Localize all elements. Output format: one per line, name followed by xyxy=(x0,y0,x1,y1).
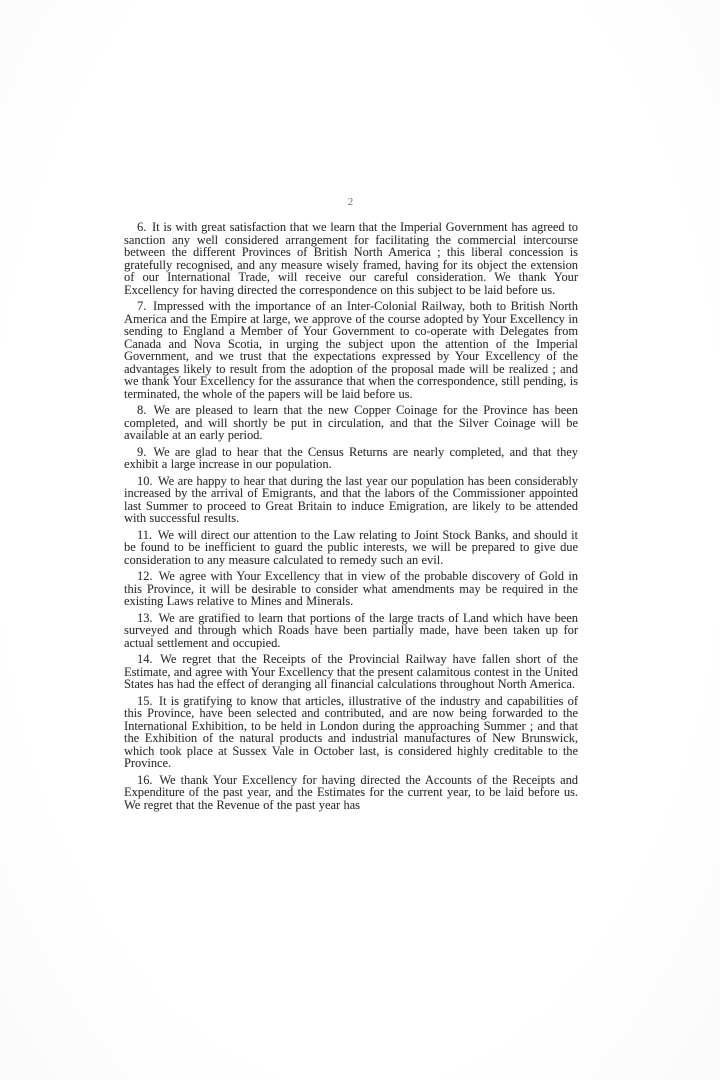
paragraph-number: 9. xyxy=(137,445,148,459)
paragraph-number: 8. xyxy=(137,403,148,417)
paragraph-number: 6. xyxy=(137,220,148,234)
paragraph-15: 15. It is gratifying to know that articl… xyxy=(124,695,578,770)
paragraph-12: 12. We agree with Your Excellency that i… xyxy=(124,570,578,608)
paragraph-13: 13. We are gratified to learn that porti… xyxy=(124,612,578,650)
paragraph-10: 10. We are happy to hear that during the… xyxy=(124,475,578,525)
paragraph-number: 14. xyxy=(137,652,155,666)
paragraph-number: 10. xyxy=(137,474,155,488)
paragraph-7: 7. Impressed with the importance of an I… xyxy=(124,300,578,400)
paragraph-number: 12. xyxy=(137,569,155,583)
paragraph-9: 9. We are glad to hear that the Census R… xyxy=(124,446,578,471)
paragraph-number: 15. xyxy=(137,694,155,708)
paragraph-14: 14. We regret that the Receipts of the P… xyxy=(124,653,578,691)
paragraph-11: 11. We will direct our attention to the … xyxy=(124,529,578,567)
paragraph-number: 13. xyxy=(137,611,155,625)
paragraph-number: 11. xyxy=(137,528,154,542)
scanned-document-page: { "page": { "number": "2", "ink_color": … xyxy=(0,0,720,1080)
page-number: 2 xyxy=(124,196,578,208)
paragraph-8: 8. We are pleased to learn that the new … xyxy=(124,404,578,442)
paragraph-number: 7. xyxy=(137,299,148,313)
paragraph-6: 6. It is with great satisfaction that we… xyxy=(124,221,578,296)
paragraph-16: 16. We thank Your Excellency for having … xyxy=(124,774,578,812)
document-body: 6. It is with great satisfaction that we… xyxy=(124,221,578,811)
paragraph-number: 16. xyxy=(137,773,155,787)
page: 2 6. It is with great satisfaction that … xyxy=(124,196,578,811)
